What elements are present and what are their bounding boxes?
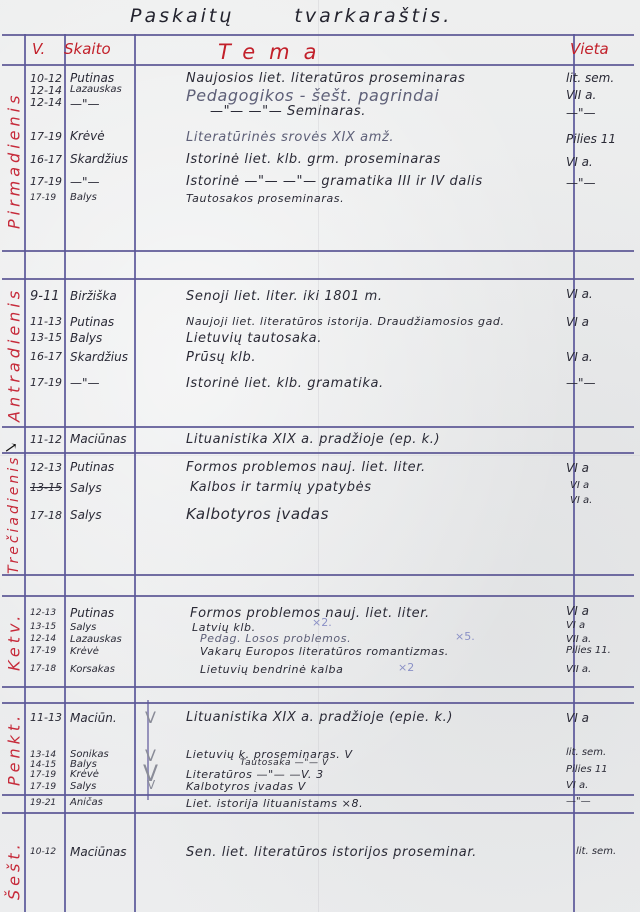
title-word-1: Paskaitų [130,5,234,27]
entry-room: —"— [566,176,596,190]
count-mark: ×2 [398,661,414,674]
entry-topic: Formos problemos nauj. liet. liter. [186,460,426,475]
check-mark: V [145,708,156,727]
entry-professor: —"— [70,175,156,189]
entry-professor: Maciūn. [70,711,156,725]
entry-room: —"— [566,376,596,390]
entry-professor: —"— [70,97,156,111]
entry-time: 12-13 [30,461,66,474]
rule-line [2,250,634,252]
header-room: Vieta [570,40,609,58]
entry-time: 11-13 [30,315,66,328]
entry-professor: Skardžius [70,152,156,166]
entry-time: 17-19 [30,175,66,188]
entry-professor: Aničas [70,797,156,808]
entry-topic: Naujosios liet. literatūros proseminaras [186,71,465,86]
entry-time: 19-21 [30,798,66,808]
entry-professor: Lazauskas [70,84,156,95]
entry-topic: Istorinė liet. klb. grm. proseminaras [186,152,441,167]
entry-room: VII a. [566,634,591,645]
entry-time: 10-12 [30,847,66,857]
entry-time: 11-13 [30,711,66,724]
entry-topic: Tautosakos proseminaras. [186,192,344,205]
entry-topic: Kalbotyros įvadas V [186,780,306,793]
entry-topic: Tautosaka —"— V [240,758,329,768]
entry-professor: —"— [70,376,156,390]
entry-topic: Liet. istorija lituanistams ×8. [186,797,363,810]
rule-line [2,426,634,428]
entry-room: VI a [566,315,589,329]
rule-line [2,812,634,814]
entry-professor: Putinas [70,315,156,329]
entry-professor: Putinas [70,606,156,620]
rule-line [2,702,634,704]
entry-room: lit. sem. [576,846,616,857]
entry-topic: Kalbos ir tarmių ypatybės [190,480,372,495]
count-mark: ×2. [312,616,332,629]
rule-line [2,452,634,454]
day-label-monday: Pirmadienis [2,70,26,250]
entry-room: —"— [566,106,596,120]
check-mark: V [147,778,155,792]
header-topic: Tema [218,40,330,64]
entry-room: VI a. [566,780,588,791]
entry-room: VI a [566,461,589,475]
entry-time: 9-11 [30,289,66,304]
entry-topic: Naujoji liet. literatūros istorija. Drau… [186,315,505,328]
entry-room: VI a [566,711,589,725]
entry-professor: Putinas [70,460,156,474]
entry-professor: Salys [70,481,156,495]
entry-room: VII a. [566,88,596,102]
entry-topic: Pedagogikos - šešt. pagrindai [186,86,439,105]
rule-line [2,34,634,36]
entry-room: VI a [566,620,585,631]
count-mark: ×5. [455,630,475,643]
entry-time: 13-14 [30,750,66,760]
document-title: Paskaitųtvarkaraštis. [130,5,510,27]
entry-professor: Krėvė [70,129,156,143]
entry-time: 13-15 [30,331,66,344]
entry-topic: Pedag. Losos problemos. [200,632,351,645]
entry-topic: —"— —"— Seminaras. [210,104,366,119]
entry-topic: Literatūrinės srovės XIX amž. [186,130,394,145]
rule-line [2,64,634,66]
header-professor: Skaito [64,40,150,58]
entry-professor: Lazauskas [70,634,156,645]
rule-line [2,574,634,576]
entry-topic: Kalbotyros įvadas [186,505,329,523]
entry-topic: Lituanistika XIX a. pradžioje (ep. k.) [186,432,440,447]
rule-line [2,278,634,280]
entry-time: 13-15 [30,622,66,632]
entry-professor: Salys [70,508,156,522]
entry-time: 17-19 [30,646,66,656]
entry-time: 12-13 [30,608,66,618]
entry-professor: Krėvė [70,646,156,657]
entry-time: 11-12 [30,433,66,446]
entry-topic: Lietuvių bendrinė kalba [200,663,343,676]
entry-room: lit. sem. [566,747,606,758]
entry-professor: Balys [70,331,156,345]
entry-professor: Balys [70,192,156,203]
entry-room: VI a [570,480,589,491]
entry-topic: Prūsų klb. [186,350,256,365]
entry-topic: Istorinė —"— —"— gramatika III ir IV dal… [186,174,483,189]
entry-room: VI a [566,604,589,618]
entry-time: 16-17 [30,350,66,363]
rule-line [2,794,634,796]
rule-line [2,595,634,597]
day-label-friday: Penkt. [2,705,26,793]
entry-professor: Putinas [70,71,156,85]
entry-topic: Senoji liet. liter. iki 1801 m. [186,289,383,304]
day-label-thursday: Ketv. [2,598,26,684]
entry-topic: Lituanistika XIX a. pradžioje (epie. k.) [186,710,453,725]
entry-professor: Salys [70,622,156,633]
entry-professor: Biržiška [70,289,156,303]
entry-time: 16-17 [30,153,66,166]
entry-room: VI a. [566,350,593,364]
rule-line [2,686,634,688]
header-number: V. [32,40,45,58]
entry-time: 12-14 [30,634,66,644]
entry-room: Pilies 11 [566,132,616,146]
day-label-wednesday: Trečiadienis [2,456,26,572]
entry-time: 13-15 [30,481,66,494]
entry-professor: Salys [70,781,156,792]
entry-room: VI a. [566,287,593,301]
entry-room: Pilies 11. [566,645,611,656]
entry-topic: Istorinė liet. klb. gramatika. [186,376,384,391]
paper-fold [0,455,640,456]
entry-topic: Sen. liet. literatūros istorijos prosemi… [186,845,477,860]
entry-time: 17-18 [30,509,66,522]
document-page: Paskaitųtvarkaraštis. V. Skaito Tema Vie… [0,0,640,912]
entry-room: Pilies 11 [566,764,608,775]
entry-professor: Maciūnas [70,432,156,446]
entry-time: 12-14 [30,96,66,109]
entry-room: VI a. [570,495,592,506]
entry-time: 17-19 [30,130,66,143]
entry-room: VII a. [566,664,591,675]
entry-professor: Maciūnas [70,845,156,859]
entry-time: 17-19 [30,376,66,389]
entry-professor: Korsakas [70,664,156,675]
entry-time: 17-19 [30,782,66,792]
day-label-tuesday: Antradienis [2,284,26,424]
entry-room: lit. sem. [566,71,614,85]
entry-topic: Formos problemos nauj. liet. liter. [190,606,430,621]
title-word-2: tvarkaraštis. [294,5,452,27]
entry-topic: Vakarų Europos literatūros romantizmas. [200,645,449,658]
entry-professor: Skardžius [70,350,156,364]
day-label-saturday: Šešt. [2,830,26,910]
entry-time: 17-18 [30,664,66,674]
entry-topic: Lietuvių tautosaka. [186,331,322,346]
entry-room: —"— [566,796,591,807]
entry-room: VI a. [566,155,593,169]
entry-time: 17-19 [30,193,66,203]
entry-time: 14-15 [30,760,66,770]
entry-time: 17-19 [30,770,66,780]
